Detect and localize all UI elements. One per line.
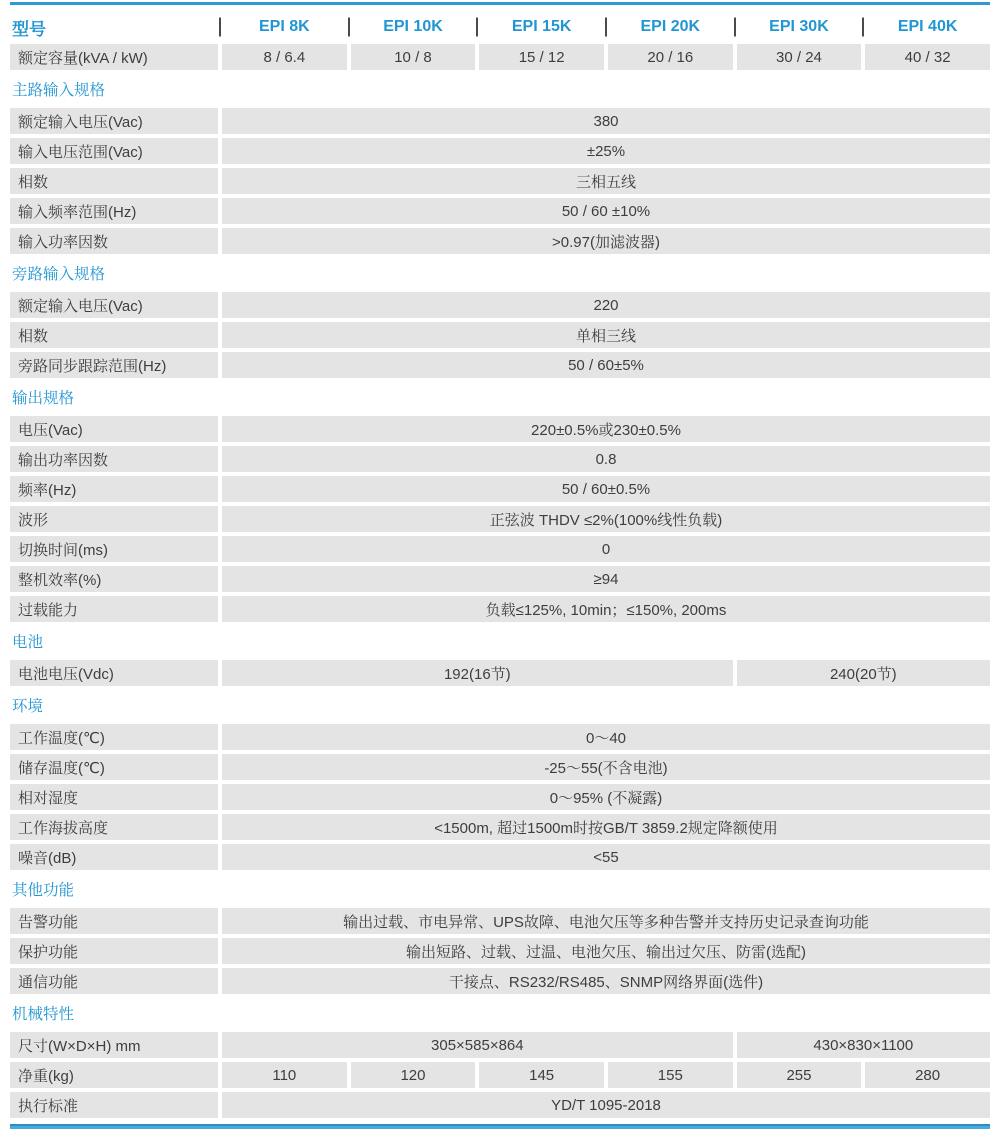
spec-row: 噪音(dB)<55 [10,844,990,870]
value-cell-text: 240(20节) [830,663,897,684]
spec-row: 整机效率(%)≥94 [10,566,990,592]
row-values: 0～95% (不凝露) [222,784,990,810]
value-cell: 50 / 60±0.5% [222,476,990,502]
spec-row: 输入功率因数>0.97(加滤波器) [10,228,990,254]
row-values: 0 [222,536,990,562]
value-cell-text: 0～40 [586,727,626,748]
value-cell: 输出过载、市电异常、UPS故障、电池欠压等多种告警并支持历史记录查询功能 [222,908,990,934]
row-label: 相对湿度 [10,784,218,810]
row-label: 净重(kg) [10,1062,218,1088]
row-values: 8 / 6.410 / 815 / 1220 / 1630 / 2440 / 3… [222,44,990,70]
row-label: 告警功能 [10,908,218,934]
row-values: 220 [222,292,990,318]
value-cell: 155 [608,1062,733,1088]
row-label: 输入功率因数 [10,228,218,254]
spec-row: 输入频率范围(Hz)50 / 60 ±10% [10,198,990,224]
model-header-text: EPI 20K [641,18,701,36]
value-cell: 干接点、RS232/RS485、SNMP网络界面(选件) [222,968,990,994]
column-divider [605,18,607,37]
row-values: 50 / 60±5% [222,352,990,378]
value-cell-text: 110 [272,1067,296,1084]
row-label: 电压(Vac) [10,416,218,442]
row-label: 切换时间(ms) [10,536,218,562]
value-cell-text: 50 / 60±0.5% [562,481,650,498]
value-cell: 145 [479,1062,604,1088]
value-cell: 220±0.5%或230±0.5% [222,416,990,442]
row-label: 额定输入电压(Vac) [10,108,218,134]
row-values: <55 [222,844,990,870]
spec-row: 旁路同步跟踪范围(Hz)50 / 60±5% [10,352,990,378]
value-cell-text: 50 / 60±5% [568,357,644,374]
section-title: 机械特性 [10,998,990,1028]
row-label: 电池电压(Vdc) [10,660,218,686]
spec-row: 相数单相三线 [10,322,990,348]
value-cell: <55 [222,844,990,870]
value-cell-text: 0 [602,541,610,558]
value-cell: 50 / 60±5% [222,352,990,378]
capacity-value: 10 / 8 [351,44,476,70]
value-cell: 0 [222,536,990,562]
value-cell-text: ±25% [587,143,625,160]
model-header-text: EPI 30K [769,18,829,36]
row-values: 192(16节)240(20节) [222,660,990,686]
row-label: 输入电压范围(Vac) [10,138,218,164]
value-cell: 0～40 [222,724,990,750]
value-cell: 正弦波 THDV ≤2%(100%线性负载) [222,506,990,532]
row-values: 110120145155255280 [222,1062,990,1088]
column-divider [348,18,350,37]
row-label: 噪音(dB) [10,844,218,870]
value-cell-text: 单相三线 [576,325,636,346]
spec-row: 过载能力负载≤125%, 10min；≤150%, 200ms [10,596,990,622]
model-header: EPI 30K [737,14,862,40]
section-title: 其他功能 [10,874,990,904]
model-header: EPI 8K [222,14,347,40]
spec-row: 工作温度(℃)0～40 [10,724,990,750]
row-values: 三相五线 [222,168,990,194]
value-cell: 110 [222,1062,347,1088]
capacity-value: 20 / 16 [608,44,733,70]
row-label: 工作海拔高度 [10,814,218,840]
value-cell-text: 0～95% (不凝露) [550,787,663,808]
spec-row: 电池电压(Vdc)192(16节)240(20节) [10,660,990,686]
value-cell-text: 220 [593,297,618,314]
row-label: 保护功能 [10,938,218,964]
value-cell-text: 255 [786,1067,811,1084]
row-values: >0.97(加滤波器) [222,228,990,254]
row-values: ±25% [222,138,990,164]
row-values: EPI 8KEPI 10KEPI 15KEPI 20KEPI 30KEPI 40… [222,14,990,40]
spec-row: 电压(Vac)220±0.5%或230±0.5% [10,416,990,442]
spec-row: 波形正弦波 THDV ≤2%(100%线性负载) [10,506,990,532]
value-cell: ≥94 [222,566,990,592]
column-divider [862,18,864,37]
value-cell-text: 192(16节) [444,663,511,684]
row-label: 波形 [10,506,218,532]
row-values: 单相三线 [222,322,990,348]
column-divider [219,18,221,37]
row-values: 干接点、RS232/RS485、SNMP网络界面(选件) [222,968,990,994]
row-values: YD/T 1095-2018 [222,1092,990,1118]
value-cell: 0.8 [222,446,990,472]
row-values: 50 / 60±0.5% [222,476,990,502]
spec-table: 型号EPI 8KEPI 10KEPI 15KEPI 20KEPI 30KEPI … [10,14,990,1118]
value-cell: 50 / 60 ±10% [222,198,990,224]
value-cell-text: 50 / 60 ±10% [562,203,650,220]
capacity-value: 30 / 24 [737,44,862,70]
value-cell: 输出短路、过载、过温、电池欠压、输出过欠压、防雷(选配) [222,938,990,964]
value-cell-text: 120 [400,1067,425,1084]
value-cell-text: 负载≤125%, 10min；≤150%, 200ms [486,599,727,620]
section-title: 输出规格 [10,382,990,412]
value-cell-text: 145 [529,1067,554,1084]
value-cell-text: <1500m, 超过1500m时按GB/T 3859.2规定降额使用 [434,817,778,838]
value-cell: 430×830×1100 [737,1032,990,1058]
value-cell-text: 输出短路、过载、过温、电池欠压、输出过欠压、防雷(选配) [406,941,806,962]
value-cell-text: YD/T 1095-2018 [551,1097,661,1114]
value-cell: 负载≤125%, 10min；≤150%, 200ms [222,596,990,622]
value-cell: ±25% [222,138,990,164]
model-header-text: EPI 15K [512,18,572,36]
spec-row: 尺寸(W×D×H) mm305×585×864430×830×1100 [10,1032,990,1058]
section-title: 主路输入规格 [10,74,990,104]
capacity-value-text: 40 / 32 [905,49,951,66]
row-values: 输出短路、过载、过温、电池欠压、输出过欠压、防雷(选配) [222,938,990,964]
spec-row: 净重(kg)110120145155255280 [10,1062,990,1088]
value-cell: 240(20节) [737,660,990,686]
row-values: 输出过载、市电异常、UPS故障、电池欠压等多种告警并支持历史记录查询功能 [222,908,990,934]
value-cell-text: >0.97(加滤波器) [552,231,660,252]
spec-row: 执行标准YD/T 1095-2018 [10,1092,990,1118]
row-values: 正弦波 THDV ≤2%(100%线性负载) [222,506,990,532]
spec-row: 输出功率因数0.8 [10,446,990,472]
value-cell: 255 [737,1062,862,1088]
row-values: 50 / 60 ±10% [222,198,990,224]
row-values: <1500m, 超过1500m时按GB/T 3859.2规定降额使用 [222,814,990,840]
value-cell: 三相五线 [222,168,990,194]
row-label: 相数 [10,168,218,194]
spec-row: 输入电压范围(Vac)±25% [10,138,990,164]
value-cell-text: 380 [593,113,618,130]
value-cell: 192(16节) [222,660,733,686]
value-cell-text: ≥94 [594,571,619,588]
row-label: 额定容量(kVA / kW) [10,44,218,70]
row-label: 储存温度(℃) [10,754,218,780]
value-cell: >0.97(加滤波器) [222,228,990,254]
value-cell-text: -25～55(不含电池) [544,757,667,778]
spec-row: 通信功能干接点、RS232/RS485、SNMP网络界面(选件) [10,968,990,994]
row-values: 220±0.5%或230±0.5% [222,416,990,442]
capacity-value-text: 10 / 8 [394,49,432,66]
value-cell-text: 430×830×1100 [813,1037,913,1054]
model-header-text: EPI 10K [383,18,443,36]
value-cell-text: 305×585×864 [431,1037,524,1054]
model-header: EPI 40K [865,14,990,40]
column-divider [476,18,478,37]
spec-row: 保护功能输出短路、过载、过温、电池欠压、输出过欠压、防雷(选配) [10,938,990,964]
row-label: 过载能力 [10,596,218,622]
value-cell-text: 0.8 [596,451,617,468]
row-values: 0.8 [222,446,990,472]
section-title: 旁路输入规格 [10,258,990,288]
capacity-value-text: 15 / 12 [519,49,565,66]
value-cell-text: 三相五线 [576,171,636,192]
value-cell: 220 [222,292,990,318]
value-cell-text: 155 [658,1067,683,1084]
row-label: 频率(Hz) [10,476,218,502]
value-cell-text: 干接点、RS232/RS485、SNMP网络界面(选件) [449,971,763,992]
value-cell: <1500m, 超过1500m时按GB/T 3859.2规定降额使用 [222,814,990,840]
top-rule [10,2,990,5]
model-header-row: 型号EPI 8KEPI 10KEPI 15KEPI 20KEPI 30KEPI … [10,14,990,40]
row-values: ≥94 [222,566,990,592]
capacity-row: 额定容量(kVA / kW)8 / 6.410 / 815 / 1220 / 1… [10,44,990,70]
value-cell: 305×585×864 [222,1032,733,1058]
row-label: 旁路同步跟踪范围(Hz) [10,352,218,378]
value-cell-text: <55 [593,849,618,866]
row-label: 输出功率因数 [10,446,218,472]
row-label: 额定输入电压(Vac) [10,292,218,318]
value-cell-text: 输出过载、市电异常、UPS故障、电池欠压等多种告警并支持历史记录查询功能 [343,911,869,932]
spec-sheet-page: 型号EPI 8KEPI 10KEPI 15KEPI 20KEPI 30KEPI … [0,0,1000,1129]
model-header: EPI 20K [608,14,733,40]
row-values: 305×585×864430×830×1100 [222,1032,990,1058]
spec-row: 相对湿度0～95% (不凝露) [10,784,990,810]
spec-row: 告警功能输出过载、市电异常、UPS故障、电池欠压等多种告警并支持历史记录查询功能 [10,908,990,934]
row-label: 相数 [10,322,218,348]
spec-row: 额定输入电压(Vac)220 [10,292,990,318]
row-label: 尺寸(W×D×H) mm [10,1032,218,1058]
spec-row: 切换时间(ms)0 [10,536,990,562]
spec-row: 相数三相五线 [10,168,990,194]
spec-row: 储存温度(℃)-25～55(不含电池) [10,754,990,780]
capacity-value: 15 / 12 [479,44,604,70]
capacity-value: 8 / 6.4 [222,44,347,70]
row-label: 通信功能 [10,968,218,994]
model-header-text: EPI 8K [259,18,310,36]
value-cell: 120 [351,1062,476,1088]
row-label: 整机效率(%) [10,566,218,592]
value-cell: 280 [865,1062,990,1088]
spec-row: 额定输入电压(Vac)380 [10,108,990,134]
capacity-value-text: 20 / 16 [647,49,693,66]
row-values: 380 [222,108,990,134]
value-cell-text: 220±0.5%或230±0.5% [531,419,681,440]
value-cell: YD/T 1095-2018 [222,1092,990,1118]
value-cell: 单相三线 [222,322,990,348]
value-cell-text: 正弦波 THDV ≤2%(100%线性负载) [490,509,722,530]
spec-row: 工作海拔高度<1500m, 超过1500m时按GB/T 3859.2规定降额使用 [10,814,990,840]
capacity-value: 40 / 32 [865,44,990,70]
model-header: EPI 15K [479,14,604,40]
section-title: 环境 [10,690,990,720]
model-header-text: EPI 40K [898,18,958,36]
row-values: 负载≤125%, 10min；≤150%, 200ms [222,596,990,622]
value-cell-text: 280 [915,1067,940,1084]
row-values: 0～40 [222,724,990,750]
value-cell: -25～55(不含电池) [222,754,990,780]
bottom-rule [10,1124,990,1129]
column-divider [734,18,736,37]
value-cell: 0～95% (不凝露) [222,784,990,810]
row-label: 输入频率范围(Hz) [10,198,218,224]
model-header: EPI 10K [351,14,476,40]
capacity-value-text: 30 / 24 [776,49,822,66]
row-values: -25～55(不含电池) [222,754,990,780]
model-column-title: 型号 [10,14,218,40]
section-title: 电池 [10,626,990,656]
capacity-value-text: 8 / 6.4 [263,49,305,66]
row-label: 执行标准 [10,1092,218,1118]
row-label: 工作温度(℃) [10,724,218,750]
spec-row: 频率(Hz)50 / 60±0.5% [10,476,990,502]
value-cell: 380 [222,108,990,134]
